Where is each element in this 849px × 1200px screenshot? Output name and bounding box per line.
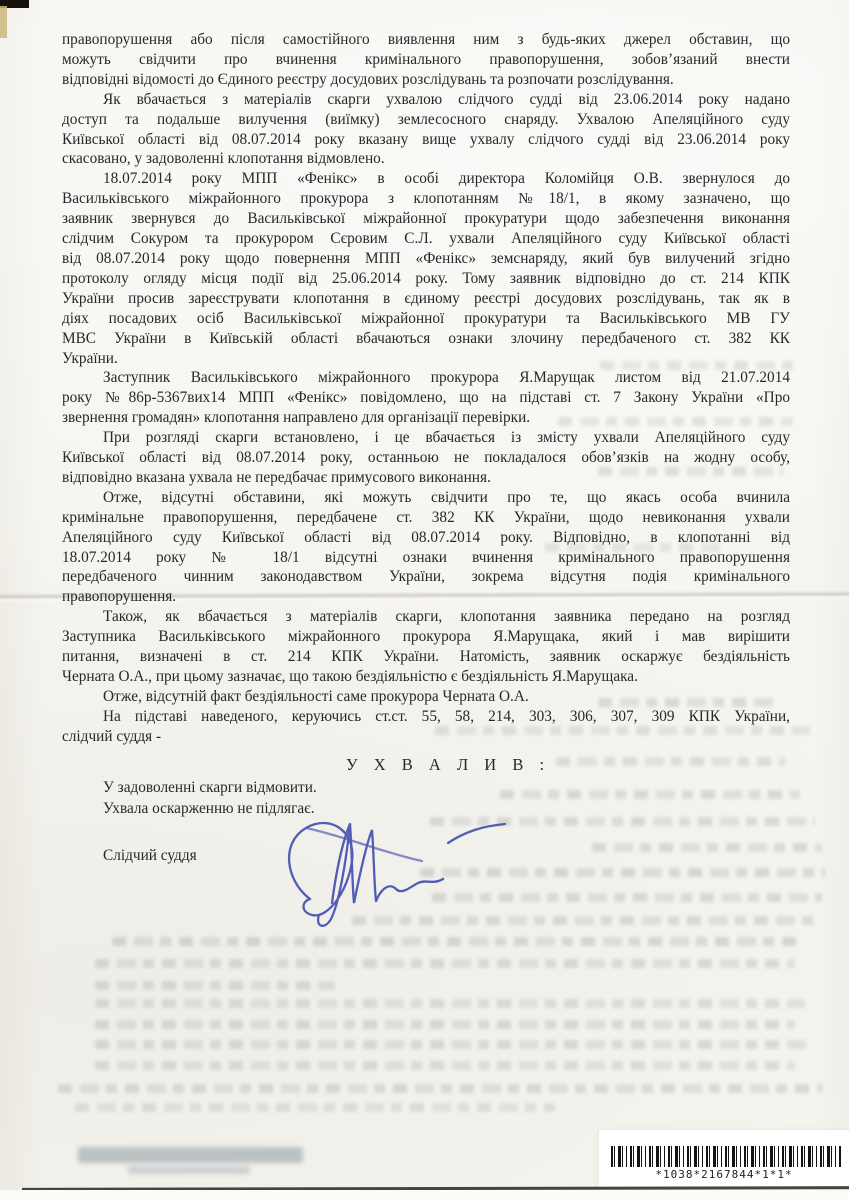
- document-paragraphs: правопорушення або після самостійного ви…: [62, 30, 790, 747]
- paragraph: На підставі наведеного, керуючись ст.ст.…: [62, 707, 790, 747]
- text-line: можуть свідчити про вчинення кримінально…: [62, 50, 790, 70]
- scan-edge-artifact: [0, 6, 7, 38]
- text-line: Отже, відсутні обставини, які можуть сві…: [62, 488, 790, 508]
- paragraph: Також, як вбачається з матеріалів скарги…: [62, 607, 790, 687]
- text-line: На підставі наведеного, керуючись ст.ст.…: [62, 707, 790, 727]
- text-line: Заступника Васильківського міжрайонного …: [62, 627, 790, 647]
- bleed-through-line: [95, 981, 335, 990]
- ruling-heading: У Х В А Л И В :: [62, 755, 790, 777]
- bleed-through-line: [95, 1061, 795, 1070]
- text-line: 18.07.2014 року МПП «Фенікс» в особі дир…: [62, 169, 790, 189]
- text-line: звернення громадян» клопотання направлен…: [62, 408, 790, 428]
- text-line: діях посадових осіб Васильківської міжра…: [62, 309, 790, 329]
- text-line: заявник звернувся до Васильківської міжр…: [62, 209, 790, 229]
- paragraph: Заступник Васильківського міжрайонного п…: [62, 368, 790, 428]
- text-line: правопорушення.: [62, 587, 790, 607]
- text-line: Черната О.А., при цьому зазначає, що так…: [62, 667, 790, 687]
- paragraph: Отже, відсутні обставини, які можуть сві…: [62, 488, 790, 607]
- text-line: питання, визначені в ст. 214 КПК України…: [62, 647, 790, 667]
- bleed-through-line: [58, 1084, 823, 1093]
- paragraph: правопорушення або після самостійного ви…: [62, 30, 790, 90]
- barcode-label: *1038*2167844*1*1*: [599, 1130, 849, 1188]
- text-line: слідчий суддя -: [62, 727, 790, 747]
- barcode-image: [611, 1146, 841, 1167]
- text-line: України.: [62, 349, 790, 369]
- scanned-document-page: правопорушення або після самостійного ви…: [0, 0, 849, 1200]
- bleed-through-line: [95, 999, 805, 1008]
- document-body: правопорушення або після самостійного ви…: [62, 30, 790, 866]
- bleed-through-line: [95, 1040, 807, 1049]
- bleed-through-line: [95, 1020, 795, 1029]
- text-line: Апеляційного суду Київської області від …: [62, 528, 790, 548]
- barcode-text: *1038*2167844*1*1*: [599, 1168, 849, 1181]
- paragraph: 18.07.2014 року МПП «Фенікс» в особі дир…: [62, 169, 790, 368]
- text-line: доступ та подальше вилучення (виїмку) зе…: [62, 110, 790, 130]
- text-line: України просив зареєструвати клопотання …: [62, 289, 790, 309]
- text-line: МВС України в Київській області вбачають…: [62, 329, 790, 349]
- text-line: Васильківського міжрайонного прокурора з…: [62, 189, 790, 209]
- text-line: від 08.07.2014 року щодо повернення МПП …: [62, 249, 790, 269]
- text-line: Київської області від 08.07.2014 року, о…: [62, 448, 790, 468]
- faded-stamp: [128, 1166, 250, 1174]
- judge-signature-ink: [272, 803, 512, 938]
- text-line: протоколу огляду місця події від 25.06.2…: [62, 269, 790, 289]
- text-line: При розгляді скарги встановлено, і це вб…: [62, 428, 790, 448]
- text-line: Як вбачається з матеріалів скарги ухвало…: [62, 90, 790, 110]
- text-line: відповідно вказана ухвала не передбачає …: [62, 468, 790, 488]
- paragraph: Як вбачається з матеріалів скарги ухвало…: [62, 90, 790, 170]
- text-line: слідчим Сокуром та прокурором Сєровим С.…: [62, 229, 790, 249]
- scan-background: [0, 1190, 849, 1200]
- text-line: 18.07.2014 року № 18/1 відсутні ознаки в…: [62, 548, 790, 568]
- text-line: передбаченого чинним законодавством Укра…: [62, 567, 790, 587]
- text-line: правопорушення або після самостійного ви…: [62, 30, 790, 50]
- paragraph: Отже, відсутній факт бездіяльності саме …: [62, 687, 790, 707]
- faded-stamp: [78, 1147, 303, 1163]
- bleed-through-line: [95, 959, 795, 968]
- bleed-through-line: [75, 1103, 555, 1112]
- text-line: Київської області від 08.07.2014 року вк…: [62, 130, 790, 150]
- bleed-through-line: [112, 937, 797, 946]
- text-line: Отже, відсутній факт бездіяльності саме …: [62, 687, 790, 707]
- text-line: року №86р-5367вих14 МПП «Фенікс» повідом…: [62, 388, 790, 408]
- text-line: Також, як вбачається з матеріалів скарги…: [62, 607, 790, 627]
- text-line: відповідні відомості до Єдиного реєстру …: [62, 70, 790, 90]
- paragraph: При розгляді скарги встановлено, і це вб…: [62, 428, 790, 488]
- resolution-line-1: У задоволенні скарги відмовити.: [62, 777, 790, 799]
- text-line: кримінальне правопорушення, передбачене …: [62, 508, 790, 528]
- text-line: скасовано, у задоволенні клопотання відм…: [62, 149, 790, 169]
- text-line: Заступник Васильківського міжрайонного п…: [62, 368, 790, 388]
